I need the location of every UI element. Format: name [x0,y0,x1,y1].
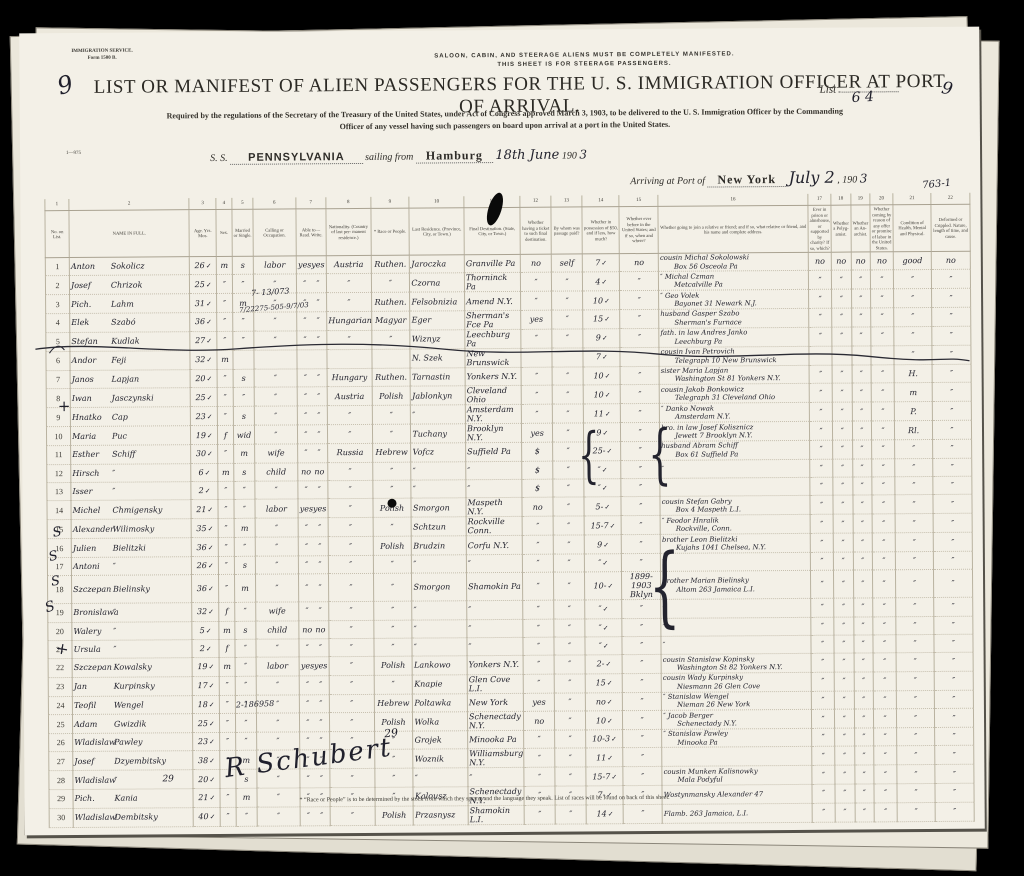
cell-occupation: wife [255,444,298,463]
col-header-name: NAME IN FULL. [69,210,190,258]
cell-health: ″ [897,765,935,784]
cell-last-residence: Jablonkyn [411,386,466,405]
cell-anarchist: ″ [853,514,873,533]
cell-destination: ″ [467,619,524,638]
cell-health: ″ [894,307,932,326]
cell-destination: New Brunswick [465,348,522,367]
cell-anarchist: ″ [854,653,874,672]
cell-read-write: nono [298,620,329,639]
cell-name: JanKurpinsky [72,676,192,696]
cell-age: 36✓ [192,575,219,603]
cell-ticket: $ [522,461,553,480]
cell-destination: Suffield Pa [466,443,523,462]
cell-last-residence: Poltawka [413,693,468,712]
cell-anarchist: ″ [854,709,874,728]
cell-relative: fath. in law Andres JankoLeechburg Pa [659,327,809,347]
cell-relative: cousin Michal SokolowskiBox 56 Osceola P… [658,252,808,271]
cell-destination: Amend N.Y. [464,292,521,311]
cell-relative: ″ Stanislaw WengelNieman 26 New York [662,691,812,710]
arrival-port: New York [707,172,786,188]
cell-prison: ″ [812,803,835,822]
cell-age: 20✓ [193,770,220,789]
cell-anarchist: ″ [853,616,873,635]
cell-sex: m [216,256,232,274]
cell-nationality: ″ [329,620,374,639]
cell-polygamist: ″ [832,327,852,346]
cell-last-residence: ″ [412,619,467,638]
cell-relative [662,747,812,767]
form-id: IMMIGRATION SERVICE. Form 1500 B. [71,49,132,62]
cell-last-residence: ″ [411,405,466,424]
cell-money: 5-✓ [584,497,621,516]
cell-destination: Yonkers N.Y. [465,367,522,386]
cell-relative: ″ Geo VolekBayonet 31 Newark N.J. [659,290,809,309]
cell-age: 23✓ [193,733,220,752]
cell-health: ″ [896,598,934,617]
cell-name: TeofilWengel [72,695,192,714]
col-num: 22 [931,193,970,205]
cell-ticket [521,348,552,367]
cell-no: 23 [48,677,72,696]
cell-anarchist: ″ [852,402,872,421]
cell-polygamist: ″ [833,477,853,496]
cell-race: Ruthen. [372,368,411,387]
cell-destination: Minooka Pa [468,730,525,749]
cell-race: ″ [373,517,412,536]
cell-last-residence: Przasnysz [414,806,469,825]
cell-deformed: ″ [931,270,970,289]
cell-destination: Corfu N.Y. [466,536,523,555]
cell-health: ″ [896,653,934,672]
cell-age: 32✓ [192,603,219,622]
col-num: 19 [850,193,870,205]
cell-before-us [620,347,659,366]
cell-no: 2 [45,276,69,295]
cell-read-write: ″″ [297,368,328,387]
cell-nationality: Hungarian [327,311,372,330]
cell-ticket: ″ [522,385,553,404]
cell-labor-offer: ″ [871,421,894,440]
cell-polygamist: ″ [832,402,852,421]
col-header-read-write: Able to— Read. Write. [296,209,327,256]
col-header-before-us: Whether ever before in the United States… [619,206,658,253]
year-printed-2: , 190 [837,175,857,186]
cell-married: ″ [235,732,256,751]
cell-relative: ″ [661,598,811,617]
cell-destination: Brooklyn N.Y. [465,424,522,443]
cell-occupation: ″ [256,676,299,695]
cell-sex: ″ [217,407,233,426]
cell-last-residence: Woznik [413,749,468,768]
cell-name: MichelChmigensky [71,500,191,520]
col-num: 9 [370,197,409,209]
cell-deformed: ″ [934,634,973,653]
cell-sex: ″ [220,732,236,750]
cell-no: 11 [47,446,71,465]
cell-prison: ″ [810,534,833,553]
cell-relative: sister Maria LapjanWashington St 81 Yonk… [659,365,809,384]
cell-relative: ″ Jacob BergerSchenectady N.Y. [662,709,812,729]
col-header-sex: Sex. [216,209,232,256]
cell-paid-by: ″ [551,291,583,310]
cell-relative: ″ Danko NowakAmsterdam N.Y. [659,403,809,423]
cell-nationality: ″ [328,537,373,556]
cell-money: ″✓ [585,618,622,637]
cell-last-residence: ″ [412,601,467,620]
cell-ticket: no [524,711,555,730]
cell-paid-by: ″ [555,767,587,786]
cell-occupation: ″ [256,574,299,602]
cell-ticket: no [522,497,553,516]
cell-health: ″ [897,709,935,728]
cell-age: 31✓ [190,294,217,313]
handwritten-mark: 29 [162,774,174,784]
cell-destination: ″ [466,554,523,573]
handwritten-mark: 9 [54,70,76,101]
cell-read-write: ″″ [296,274,327,293]
cell-deformed: ″ [933,495,972,514]
cell-prison: ″ [809,421,832,440]
cell-relative: husband Abram SchiffBox 61 Suffield Pa [660,441,810,460]
cell-race [371,349,410,368]
col-header-deformed: Deformed or Crippled. Nature, length of … [931,204,970,251]
cell-last-residence: N. Szek [410,349,465,368]
cell-ticket: ″ [521,273,552,292]
cell-ticket: ″ [524,674,555,693]
cell-before-us: ″ [620,328,659,347]
cell-relative: brother Leon BielitzkiKujahs 1041 Chelse… [660,534,810,553]
cell-sex: ″ [217,388,233,407]
cell-deformed: ″ [933,551,972,570]
cell-money: 10✓ [583,366,620,385]
cell-deformed: ″ [935,802,974,821]
cell-polygamist: ″ [832,365,852,384]
col-num: 6 [253,197,296,209]
cell-before-us: ″ [623,748,662,767]
cell-ticket: ″ [524,730,555,749]
cell-labor-offer: ″ [871,383,894,402]
cell-sex: m [219,621,235,639]
cell-health: ″ [895,458,933,477]
ship-name: PENNSYLVANIA [230,151,363,165]
cell-labor-offer: ″ [872,551,895,570]
steerage-notice: SALOON, CABIN, AND STEERAGE ALIENS MUST … [349,50,819,71]
cell-polygamist: ″ [832,308,852,327]
cell-ticket: no [521,254,552,273]
grouping-brace: { [649,535,681,638]
cell-last-residence: ″ [411,461,466,480]
cell-paid-by: ″ [554,618,586,637]
cell-destination: Sherman's Fce Pa [465,310,522,329]
cell-ticket: ″ [524,768,555,787]
cell-occupation: ″ [254,387,297,406]
cell-money: ″✓ [585,553,622,572]
cell-destination: ″ [467,600,524,619]
cell-money: 9✓ [583,328,620,347]
cell-prison: ″ [811,598,834,617]
cell-nationality: ″ [329,657,374,676]
cell-money: 15-7✓ [584,516,621,535]
cell-before-us: ″ [623,710,662,729]
cell-health: ″ [895,533,933,552]
cell-polygamist: ″ [832,383,852,402]
cell-occupation: labor [256,657,299,676]
cell-married: ″ [233,331,254,350]
cell-sex: ″ [220,807,236,826]
col-num: 5 [232,198,253,210]
cell-paid-by: ″ [555,748,587,767]
cell-deformed: ″ [935,708,974,727]
cell-prison: ″ [809,365,832,384]
cell-occupation: ″ [254,406,297,425]
cell-read-write: ″″ [299,639,330,658]
cell-destination: Leechburg Pa [465,329,522,348]
cell-read-write: ″″ [296,312,327,331]
cell-race: ″ [374,769,413,788]
cell-name: WladislawPawley [73,733,193,752]
cell-anarchist: ″ [852,421,872,440]
cell-sex: f [219,639,235,657]
cell-labor-offer: ″ [871,327,894,346]
cell-health: ″ [894,270,932,289]
cell-deformed: ″ [934,690,973,709]
cell-last-residence: ″ [411,480,466,499]
cell-prison: ″ [811,635,834,654]
cell-ticket: ″ [523,554,554,573]
cell-occupation: ″ [257,713,300,732]
cell-read-write: ″″ [297,406,328,425]
cell-paid-by: ″ [553,516,585,535]
cell-paid-by: ″ [552,310,584,329]
cell-before-us: ″ [623,767,662,786]
cell-race: Magyar [371,311,410,330]
cell-last-residence: Knapie [413,674,468,693]
cell-last-residence: ″ [413,768,468,787]
cell-last-residence: Eger [410,311,465,330]
cell-relative: ″ [660,477,810,496]
cell-anarchist: ″ [852,477,872,496]
handwritten-mark: 763-1 [922,178,952,192]
cell-ticket: ″ [523,535,554,554]
cell-married: m [233,444,254,463]
cell-labor-offer: ″ [872,514,895,533]
form-service: IMMIGRATION SERVICE. [71,49,132,54]
cell-married: ″ [233,312,254,331]
cell-polygamist: ″ [834,691,854,710]
cell-anarchist: ″ [852,440,872,459]
cell-paid-by: ″ [551,272,583,291]
cell-race: Hebrew [374,694,413,713]
cell-sex: ″ [217,312,233,331]
cell-no: 14 [47,501,71,520]
cell-anarchist [852,346,872,365]
cell-before-us: ″ [620,309,659,328]
cell-nationality: Austria [327,387,372,406]
cell-paid-by: self [551,254,583,273]
col-header-paid-by: By whom was passage paid? [551,207,583,254]
cell-destination: ″ [468,768,525,787]
cell-occupation: ″ [255,537,298,556]
cell-occupation: ″ [256,639,299,658]
cell-prison: ″ [810,496,833,515]
cell-name: AlexanderWilimosky [71,519,191,539]
cell-health: ″ [897,746,935,765]
cell-health: m [894,383,932,402]
cell-polygamist: ″ [834,570,854,598]
col-num: 10 [409,196,464,208]
cell-no: 22 [48,659,72,678]
cell-labor-offer [871,346,894,365]
cell-nationality: ″ [328,499,373,518]
cell-last-residence: Felsobnizia [410,292,465,311]
cell-sex: ″ [217,369,233,387]
cell-occupation: child [255,462,298,481]
cell-labor-offer: ″ [874,803,897,822]
cell-deformed: ″ [935,727,974,746]
col-num: 14 [582,195,619,207]
cell-money: 10✓ [583,291,620,310]
cell-no: 4 [46,313,70,332]
form-number: Form 1500 B. [88,55,117,60]
cell-read-write: ″″ [299,713,330,732]
cell-nationality: Russia [328,444,373,463]
cell-paid-by: ″ [552,385,584,404]
cell-read-write: ″″ [299,694,330,713]
cell-married [233,350,254,369]
cell-before-us: ″ [622,655,661,674]
cell-deformed: ″ [932,345,971,364]
cell-anarchist: ″ [855,803,875,822]
cell-sex: ″ [218,445,234,463]
cell-health: ″ [896,671,934,690]
sailing-port: Hamburg [416,148,493,164]
col-header-prison: Ever in prison or almshouse, or supporte… [808,205,831,252]
cell-prison: ″ [810,552,833,571]
cell-nationality: ″ [330,712,375,731]
cell-last-residence: Tuchany [411,424,466,443]
cell-age: 27✓ [190,331,217,350]
cell-occupation: wife [256,602,299,621]
cell-no: 1 [45,258,69,277]
cell-age: 5✓ [192,621,219,640]
cell-ticket: ″ [521,292,552,311]
cell-relative: brother Marian BielinskyAltom 263 Jamaic… [661,570,811,599]
cell-anarchist: ″ [854,765,874,784]
cell-prison: ″ [811,570,834,598]
cell-read-write: ″″ [296,331,327,350]
cell-no: 30 [49,808,73,827]
cell-prison: ″ [808,271,831,290]
ship-line: S. S. PENNSYLVANIA sailing from Hamburg … [210,147,587,165]
cell-ticket: yes [521,310,552,329]
cell-occupation: child [256,620,299,639]
cell-destination: Glen Cove L.I. [467,674,524,693]
cell-race: Ruthen. [371,255,410,274]
cell-married: m [234,574,255,602]
cell-last-residence: Smorgon [412,573,467,601]
cell-deformed: ″ [933,439,972,458]
cell-destination: New York [467,693,524,712]
cell-labor-offer: ″ [872,570,895,598]
cell-health: ″ [894,326,932,345]
cell-deformed: ″ [935,746,974,765]
cell-destination: Rockville Conn. [466,517,523,536]
cell-married: ″ [234,500,255,519]
cell-sex: m [219,658,235,676]
scanned-manifest-page: IMMIGRATION SERVICE. Form 1500 B. SALOON… [0,0,1024,876]
grouping-brace: { [648,417,672,492]
cell-deformed: ″ [934,597,973,616]
cell-race: Ruthen. [371,293,410,312]
cell-married: s [235,621,256,640]
cell-occupation: labor [253,256,296,275]
cell-health: ″ [896,570,934,598]
cell-occupation: ″ [254,369,297,388]
cell-anarchist: ″ [851,327,871,346]
cell-health: ″ [897,802,935,821]
cell-name: MariaPuc [71,426,191,446]
hw-arrival-date: July 2 [788,168,834,187]
cell-ticket: ″ [523,655,554,674]
cell-deformed: ″ [932,382,971,401]
cell-anarchist: ″ [853,533,873,552]
handwritten-mark: 2-186958 [236,699,275,710]
cell-read-write: ″″ [298,555,329,574]
cell-nationality: ″ [330,806,375,825]
cell-before-us: ″ [620,272,659,291]
cell-age: 35✓ [191,519,218,538]
cell-prison: ″ [809,290,832,309]
cell-married: ″ [235,713,256,732]
cell-health: ″ [896,634,934,653]
cell-race: ″ [371,330,410,349]
cell-paid-by: ″ [554,600,586,619]
cell-destination: Shamokin Pa [466,572,523,600]
col-num: 2 [69,198,189,210]
cell-age: 25✓ [190,275,217,294]
cell-deformed: ″ [932,307,971,326]
cell-polygamist: ″ [835,728,855,747]
cell-money: 9✓ [585,535,622,554]
cell-last-residence: Vofcz [411,443,466,462]
cell-paid-by: ″ [553,535,585,554]
col-num: 18 [831,194,851,206]
cell-anarchist: ″ [854,672,874,691]
cell-labor-offer: ″ [873,616,896,635]
col-num: 4 [216,198,232,210]
cell-anarchist: ″ [854,728,874,747]
cell-age: 19✓ [191,426,218,445]
cell-health: ″ [896,616,934,635]
column-header-row: No. on List.NAME IN FULL.Age. Yrs. Mos.S… [45,204,970,257]
cell-age: 38✓ [193,751,220,770]
cell-labor-offer: ″ [872,440,895,459]
cell-last-residence: Wiznyz [410,330,465,349]
cell-age: 2✓ [191,481,218,500]
cell-prison: ″ [811,653,834,672]
cell-polygamist: ″ [834,672,854,691]
cell-sex: ″ [217,294,233,312]
cell-nationality: ″ [329,574,374,602]
hw-sailing-date: 18th June [495,148,559,163]
cell-destination: Schenectady N.Y. [467,711,524,730]
cell-no: 24 [48,696,72,715]
handwritten-mark: + [58,397,71,415]
cell-age: 25✓ [191,388,218,407]
col-header-last-residence: Last Residence. (Province, City, or Town… [409,208,464,255]
cell-polygamist: ″ [833,421,853,440]
cell-occupation [254,350,297,369]
